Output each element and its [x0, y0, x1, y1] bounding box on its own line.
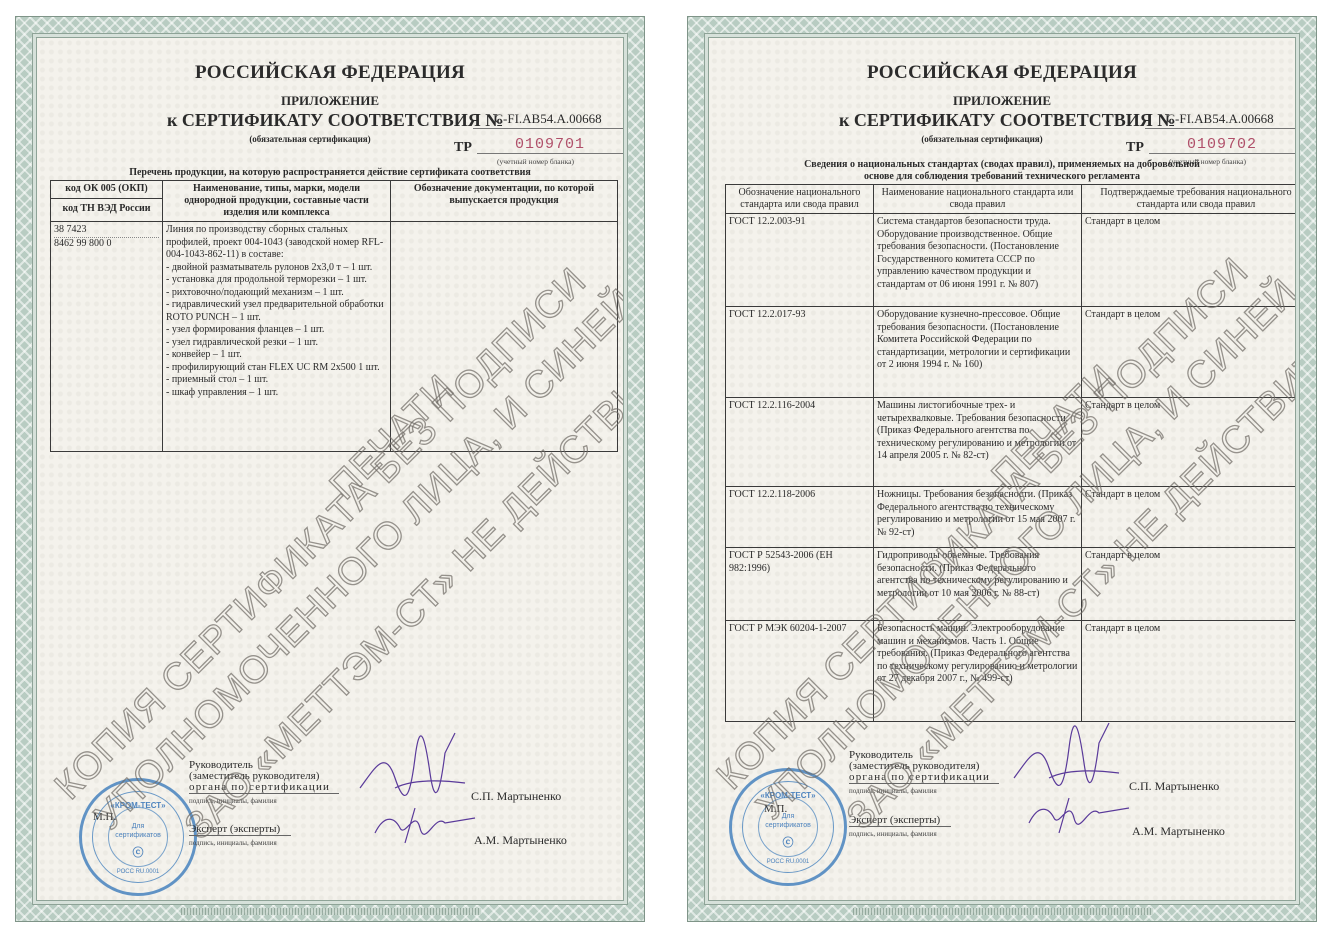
- seal-label: М.П.: [93, 811, 116, 823]
- microtext-strip: [853, 908, 1153, 915]
- confirmed-requirements: Стандарт в целом: [1082, 621, 1297, 722]
- table-row: ГОСТ 12.2.003-91Система стандартов безоп…: [726, 214, 1297, 307]
- standards-intro-line-1: Сведения о национальных стандартах (свод…: [709, 159, 1295, 171]
- products-table: код ОК 005 (ОКП) Наименование, типы, мар…: [50, 180, 618, 452]
- component-item: - узел гидравлической резки – 1 шт.: [166, 337, 387, 350]
- standard-name: Машины листогибочные трех- и четырехвалк…: [874, 398, 1082, 487]
- head-signature-block: Руководитель (заместитель руководителя) …: [189, 760, 339, 807]
- header-documentation: Обозначение документации, по которой вып…: [391, 181, 618, 222]
- component-item: - конвейер – 1 шт.: [166, 349, 387, 362]
- standard-name: Система стандартов безопасности труда. О…: [874, 214, 1082, 307]
- country-title: РОССИЙСКАЯ ФЕДЕРАЦИЯ: [709, 62, 1295, 84]
- confirmed-requirements: Стандарт в целом: [1082, 487, 1297, 548]
- confirmed-requirements: Стандарт в целом: [1082, 214, 1297, 307]
- expert-name: А.М. Мартыненко: [1132, 824, 1225, 839]
- standard-designation: ГОСТ Р МЭК 60204-1-2007: [726, 621, 874, 722]
- blank-number: 0109701: [477, 136, 623, 154]
- component-item: - установка для продольной терморезки – …: [166, 274, 387, 287]
- handwritten-signature-icon: [1009, 718, 1139, 838]
- header-requirements: Подтверждаемые требования национального …: [1082, 185, 1297, 214]
- page-body: РОССИЙСКАЯ ФЕДЕРАЦИЯ ПРИЛОЖЕНИЕ к СЕРТИФ…: [36, 37, 624, 901]
- component-item: - профилирующий стан FLEX UC RM 2x500 1 …: [166, 362, 387, 375]
- standard-designation: ГОСТ 12.2.116-2004: [726, 398, 874, 487]
- standards-table: Обозначение национального стандарта или …: [725, 184, 1296, 722]
- code-okp-value: 38 7423: [54, 224, 159, 238]
- component-item: - рихтовочно/подающий механизм – 1 шт.: [166, 287, 387, 300]
- confirmed-requirements: Стандарт в целом: [1082, 307, 1297, 398]
- standard-name: Безопасность машин. Электрооборудование …: [874, 621, 1082, 722]
- handwritten-signature-icon: [355, 728, 485, 848]
- head-signature-block: Руководитель (заместитель руководителя) …: [849, 750, 999, 797]
- expert-signature-block: Эксперт (эксперты) подпись, инициалы, фа…: [849, 815, 951, 840]
- table-row: ГОСТ Р МЭК 60204-1-2007Безопасность маши…: [726, 621, 1297, 722]
- standard-name: Ножницы. Требования безопасности. (Прика…: [874, 487, 1082, 548]
- appendix-title: ПРИЛОЖЕНИЕ: [37, 93, 623, 109]
- table-row: ГОСТ 12.2.116-2004Машины листогибочные т…: [726, 398, 1297, 487]
- standard-designation: ГОСТ 12.2.003-91: [726, 214, 874, 307]
- standards-intro-line-2: основе для соблюдения требований техниче…: [709, 171, 1295, 183]
- standard-designation: ГОСТ 12.2.017-93: [726, 307, 874, 398]
- table-row: ГОСТ 12.2.118-2006Ножницы. Требования бе…: [726, 487, 1297, 548]
- certificate-page-products: РОССИЙСКАЯ ФЕДЕРАЦИЯ ПРИЛОЖЕНИЕ к СЕРТИФ…: [15, 16, 645, 922]
- header-product-name: Наименование, типы, марки, модели одноро…: [163, 181, 391, 222]
- confirmed-requirements: Стандарт в целом: [1082, 398, 1297, 487]
- blank-number: 0109702: [1149, 136, 1295, 154]
- official-seal: «КРОМ-ТЕСТ» Для сертификатов ⓒ РОСС RU.0…: [79, 778, 197, 896]
- standard-name: Оборудование кузнечно-прессовое. Общие т…: [874, 307, 1082, 398]
- code-tnved-value: 8462 99 800 0: [54, 238, 159, 251]
- component-item: - узел формирования фланцев – 1 шт.: [166, 324, 387, 337]
- header-code-tnved: код ТН ВЭД России: [51, 199, 163, 222]
- table-row: 38 7423 8462 99 800 0 Линия по производс…: [51, 222, 618, 452]
- expert-name: А.М. Мартыненко: [474, 833, 567, 848]
- table-row: ГОСТ Р 52543-2006 (ЕН 982:1996)Гидроприв…: [726, 548, 1297, 621]
- header-code-okp: код ОК 005 (ОКП): [51, 181, 163, 199]
- product-title: Линия по производству сборных стальных п…: [166, 224, 387, 262]
- certificate-title: к СЕРТИФИКАТУ СООТВЕТСТВИЯ №: [167, 110, 503, 131]
- expert-signature-block: Эксперт (эксперты) подпись, инициалы, фа…: [189, 824, 291, 849]
- head-name: С.П. Мартыненко: [471, 789, 561, 804]
- component-item: - гидравлический узел предварительной об…: [166, 299, 387, 324]
- country-title: РОССИЙСКАЯ ФЕДЕРАЦИЯ: [37, 62, 623, 84]
- microtext-strip: [181, 908, 481, 915]
- confirmed-requirements: Стандарт в целом: [1082, 548, 1297, 621]
- certificate-page-standards: РОССИЙСКАЯ ФЕДЕРАЦИЯ ПРИЛОЖЕНИЕ к СЕРТИФ…: [687, 16, 1317, 922]
- product-composition-list: Линия по производству сборных стальных п…: [166, 224, 387, 399]
- component-item: - двойной разматыватель рулонов 2х3,0 т …: [166, 262, 387, 275]
- certificate-title: к СЕРТИФИКАТУ СООТВЕТСТВИЯ №: [839, 110, 1175, 131]
- certificate-number: C-FI.AB54.A.00668: [1145, 111, 1295, 129]
- component-item: - приемный стол – 1 шт.: [166, 374, 387, 387]
- product-list-intro: Перечень продукции, на которую распростр…: [37, 167, 623, 179]
- head-name: С.П. Мартыненко: [1129, 779, 1219, 794]
- cell-codes: 38 7423 8462 99 800 0: [51, 222, 163, 452]
- page-body: РОССИЙСКАЯ ФЕДЕРАЦИЯ ПРИЛОЖЕНИЕ к СЕРТИФ…: [708, 37, 1296, 901]
- tp-label: ТР: [454, 140, 472, 156]
- header-designation: Обозначение национального стандарта или …: [726, 185, 874, 214]
- official-seal: «КРОМ-ТЕСТ» Для сертификатов ⓒ РОСС RU.0…: [729, 768, 847, 886]
- certificate-number: C-FI.AB54.A.00668: [473, 111, 623, 129]
- header-standard-name: Наименование национального стандарта или…: [874, 185, 1082, 214]
- seal-label: М.П.: [764, 803, 787, 815]
- blank-number-caption: (учетный номер бланка): [497, 157, 574, 166]
- standard-designation: ГОСТ Р 52543-2006 (ЕН 982:1996): [726, 548, 874, 621]
- component-item: - шкаф управления – 1 шт.: [166, 387, 387, 400]
- cell-documentation: [391, 222, 618, 452]
- tp-label: ТР: [1126, 140, 1144, 156]
- table-row: ГОСТ 12.2.017-93Оборудование кузнечно-пр…: [726, 307, 1297, 398]
- standard-name: Гидроприводы объемные. Требования безопа…: [874, 548, 1082, 621]
- cell-product-name: Линия по производству сборных стальных п…: [163, 222, 391, 452]
- appendix-title: ПРИЛОЖЕНИЕ: [709, 93, 1295, 109]
- standard-designation: ГОСТ 12.2.118-2006: [726, 487, 874, 548]
